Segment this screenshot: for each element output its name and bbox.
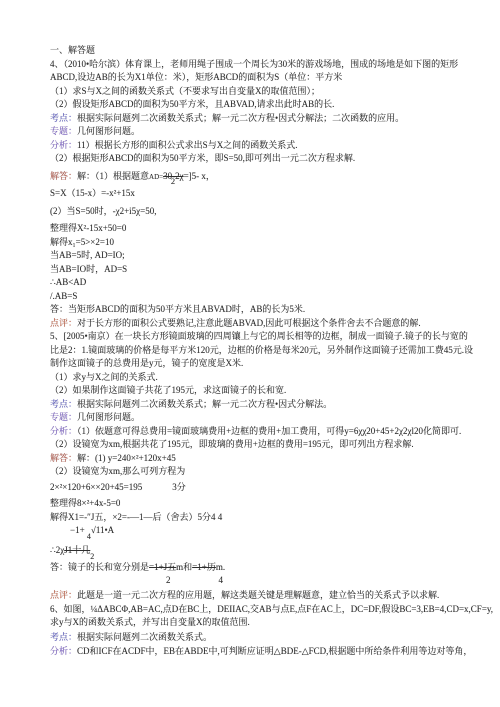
problem6-statement-1: 6、如图，¼ΔABCΦ,AB=AC,点D在BC上，DEIIAC,交AB与点E,点…	[50, 603, 452, 617]
problem5-solution-step: 解得X1=-″J五，×2=-—1—后（舍去）5分4 4	[50, 511, 452, 525]
text-segment: 整理得X²-15x+50=0	[50, 223, 126, 233]
text-segment: 11）根据长方形的面积公式求出S与X之间的函数关系式.	[77, 140, 297, 150]
dianping-label: 点评：	[50, 590, 77, 600]
text-segment: 答：镜子的长和宽分别是	[50, 562, 149, 572]
text-segment: 几何图形问题。	[77, 412, 140, 422]
text-segment: J1十几	[64, 545, 90, 555]
text-segment: 制作这面镜子的总费用是y元，镜子的宽度是X米.	[50, 358, 243, 368]
problem5-solution-step: 整理得8×²+4x-5=0	[50, 497, 452, 511]
text-segment: ABCD,设边AB的长为X1单位：米），矩形ABCD的面积为S（单位：平方米	[50, 72, 342, 82]
text-segment: 根据实际问题列二次函数关系式；解一元二次方程•因式分解法；二次函数的应用。	[77, 113, 404, 123]
problem4-zhuanti-line: 专题：几何图形问题。	[50, 125, 452, 139]
document-content: 一、解答题4、（2010•哈尔滨）体育课上，老师用绳子围成一个周长为30米的游戏…	[50, 44, 452, 658]
text-segment: ∴AB<AD	[50, 277, 86, 287]
text-segment: (2）当S=50时，-χ2+i5χ=50,	[50, 206, 156, 216]
text-segment: 4、（2010•哈尔滨）体育课上，老师用绳子围成一个周长为30米的游戏场地，围成…	[50, 59, 458, 69]
text-segment: √11•A	[91, 525, 114, 535]
problem5-dianping-line: 点评：此题是一道一元二次方程的应用题，解这类题关键是理解题意，建立恰当的关系式予…	[50, 589, 452, 603]
problem4-solution-step: (2）当S=50时，-χ2+i5χ=50,	[50, 205, 452, 219]
score-mark: 3分	[172, 482, 186, 492]
jieda-label: 解答：	[50, 171, 77, 181]
text-segment: 比是2：1.镜面玻璃的价格是每平方米120元，边框的价格是每米20元，另外制作这…	[50, 345, 473, 355]
fenxi-label: 分析：	[50, 140, 77, 150]
text-segment: （2）如果制作这面镜子共花了195元，求这面镜子的长和宽.	[50, 385, 286, 395]
problem5-formula-line: −1+ 4√11•A	[70, 524, 452, 538]
text-segment: 求y与X的函数关系式，并写出自变量X的取值范围.	[50, 617, 250, 627]
problem5-kaodian-line: 考点：根据实际问题列二次函数关系式；解一元二次方程•因式分解法。	[50, 398, 452, 412]
text-segment: =1+历	[192, 562, 216, 572]
fraction-denominator: 2	[90, 552, 94, 561]
text-segment: 2×²×120+6××20+45=195	[50, 482, 142, 492]
problem5-zhuanti-line: 专题：几何图形问题。	[50, 411, 452, 425]
text-segment: 一、解答题	[50, 45, 95, 55]
text-segment: =]5- x，	[184, 171, 215, 181]
dianping-label: 点评：	[50, 318, 77, 328]
text-segment: m和	[176, 562, 192, 572]
problem5-statement-3: 制作这面镜子的总费用是y元，镜子的宽度是X米.	[50, 357, 452, 371]
problem5-subquestion-1: （1）求y与X之间的关系式.	[50, 371, 452, 385]
text-segment: （2）设镜宽为xm,根据共花了195元，即玻璃的费用+边框的费用=195元，即可…	[50, 439, 414, 449]
text-segment: （1）求y与X之间的关系式.	[50, 372, 158, 382]
text-segment: −1+	[70, 525, 87, 535]
text-segment: CD和ICF在ACDF中，EB在ABDE中,可判断应证明△BDE-△FCD,根据…	[77, 646, 472, 656]
text-segment: 解：(1) y=240×²+120x+45	[77, 453, 176, 463]
text-segment: /.AB=S	[50, 291, 77, 301]
fenxi-label: 分析：	[50, 646, 77, 656]
problem5-statement-1: 5、[2005•南京）在一块长方形镜面玻璃的四周镶上与它的周长相等的边框，制成一…	[50, 330, 452, 344]
fenxi-label: 分析：	[50, 426, 77, 436]
problem4-jieda-line: 解答：解：（1）根据题意AD=30-2χ2=]5- x，	[50, 170, 452, 184]
text-segment: 根据实际问题列二次函数关系式；解一元二次方程•因式分解法。	[77, 399, 332, 409]
problem4-solution-step: ∴AB<AD	[50, 276, 452, 290]
text-segment: 对于长方形的面积公式要熟记,注意此题ABVAD,因此可根据这个条件舍去不合题意的…	[77, 318, 421, 328]
problem6-fenxi-line: 分析：CD和ICF在ACDF中，EB在ABDE中,可判断应证明△BDE-△FCD…	[50, 645, 452, 659]
kaodian-label: 考点：	[50, 399, 77, 409]
text-segment: 答：当矩形ABCD的面积为50平方米且ABVAD时，AB的长为5米.	[50, 304, 305, 314]
zhuanti-label: 专题：	[50, 126, 77, 136]
kaodian-label: 考点：	[50, 632, 77, 642]
fraction-denominator: 2	[171, 177, 175, 186]
problem4-solution-step: 解得x₁=5>×2=10	[50, 236, 452, 250]
text-segment: =1+J五	[149, 562, 176, 572]
fraction-denominator: 4	[219, 575, 224, 585]
text-segment: 6、如图，¼ΔABCΦ,AB=AC,点D在BC上，DEIIAC,交AB与点E,点…	[50, 604, 493, 614]
text-segment: 解：（1）根据题意	[77, 171, 149, 181]
problem4-fenxi-line-2: （2）根据矩形ABCD的面积为50平方米，即S=50,即可列出一元二次方程求解.	[50, 152, 452, 166]
problem4-statement-2: ABCD,设边AB的长为X1单位：米），矩形ABCD的面积为S（单位：平方米	[50, 71, 452, 85]
text-segment: （2）根据矩形ABCD的面积为50平方米，即S=50,即可列出一元二次方程求解.	[50, 153, 355, 163]
text-segment: 当AB=5时, AD=IO;	[50, 250, 125, 260]
text-segment: （2）设镜宽为xm,那么可列方程为	[50, 466, 185, 476]
section-heading: 一、解答题	[50, 44, 452, 58]
problem4-statement-1: 4、（2010•哈尔滨）体育课上，老师用绳子围成一个周长为30米的游戏场地，围成…	[50, 58, 452, 72]
text-segment: m.	[216, 562, 225, 572]
text-segment: （1）依题意可得总费用=镜面玻璃费用+边框的费用+加工费用，可得y=6χχ20+…	[77, 426, 461, 436]
problem4-solution-step: S=X（15-x）=-x²+15x	[50, 187, 452, 201]
document-page: 一、解答题4、（2010•哈尔滨）体育课上，老师用绳子围成一个周长为30米的游戏…	[0, 0, 500, 707]
jieda-label: 解答：	[50, 453, 77, 463]
text-segment: 几何图形问题。	[77, 126, 140, 136]
problem5-formula-line: ∴2χJ1十几2	[50, 544, 452, 558]
problem5-statement-2: 比是2：1.镜面玻璃的价格是每平方米120元，边框的价格是每米20元，另外制作这…	[50, 344, 452, 358]
problem5-fenxi-line-2: （2）设镜宽为xm,根据共花了195元，即玻璃的费用+边框的费用=195元，即可…	[50, 438, 452, 452]
problem4-solution-step: 当AB=IO时，AD=S	[50, 263, 452, 277]
problem4-subquestion-2: （2）假设矩形ABCD的面积为50平方米，且ABVAD,请求出此时AB的长.	[50, 98, 452, 112]
problem5-denominator-row: 24	[50, 574, 452, 588]
problem4-solution-step: 整理得X²-15x+50=0	[50, 222, 452, 236]
zhuanti-label: 专题：	[50, 412, 77, 422]
fraction-denominator: 2	[166, 575, 171, 585]
problem5-equation-line: 2×²×120+6××20+45=1953分	[50, 481, 452, 495]
text-segment: 整理得8×²+4x-5=0	[50, 498, 120, 508]
problem6-statement-2: 求y与X的函数关系式，并写出自变量X的取值范围.	[50, 616, 452, 630]
problem5-subquestion-2: （2）如果制作这面镜子共花了195元，求这面镜子的长和宽.	[50, 384, 452, 398]
text-segment: S=X（15-x）=-x²+15x	[50, 188, 135, 198]
text-segment: 解得x₁=5>×2=10	[50, 237, 114, 247]
text-segment: AD=	[149, 173, 163, 181]
text-segment: （1）求S与X之间的函数关系式（不要求写出自变量X的取值范围）；	[50, 86, 320, 96]
problem5-answer-line: 答：镜子的长和宽分别是=1+J五m和=1+历m.	[50, 561, 452, 575]
problem4-solution-step: 当AB=5时, AD=IO;	[50, 249, 452, 263]
problem4-subquestion-1: （1）求S与X之间的函数关系式（不要求写出自变量X的取值范围）；	[50, 85, 452, 99]
problem4-fenxi-line-1: 分析：11）根据长方形的面积公式求出S与X之间的函数关系式.	[50, 139, 452, 153]
text-segment: 根据实际问题列二次函数关系式。	[77, 632, 212, 642]
kaodian-label: 考点：	[50, 113, 77, 123]
problem4-kaodian-line: 考点：根据实际问题列二次函数关系式；解一元二次方程•因式分解法；二次函数的应用。	[50, 112, 452, 126]
problem4-solution-step: /.AB=S	[50, 290, 452, 304]
problem4-answer-line: 答：当矩形ABCD的面积为50平方米且ABVAD时，AB的长为5米.	[50, 303, 452, 317]
problem5-solution-step: （2）设镜宽为xm,那么可列方程为	[50, 465, 452, 479]
text-segment: 当AB=IO时，AD=S	[50, 264, 127, 274]
problem5-fenxi-line-1: 分析：（1）依题意可得总费用=镜面玻璃费用+边框的费用+加工费用，可得y=6χχ…	[50, 425, 452, 439]
text-segment: （2）假设矩形ABCD的面积为50平方米，且ABVAD,请求出此时AB的长.	[50, 99, 334, 109]
text-segment: 5、[2005•南京）在一块长方形镜面玻璃的四周镶上与它的周长相等的边框，制成一…	[50, 331, 468, 341]
problem4-dianping-line: 点评：对于长方形的面积公式要熟记,注意此题ABVAD,因此可根据这个条件舍去不合…	[50, 317, 452, 331]
text-segment: ∴2χ	[50, 545, 64, 555]
problem6-kaodian-line: 考点：根据实际问题列二次函数关系式。	[50, 631, 452, 645]
problem5-jieda-line: 解答：解：(1) y=240×²+120x+45	[50, 452, 452, 466]
text-segment: 此题是一道一元二次方程的应用题，解这类题关键是理解题意，建立恰当的关系式予以求解…	[77, 590, 439, 600]
text-segment: 解得X1=-″J五，×2=-—1—后（舍去）5分4 4	[50, 512, 222, 522]
fraction: 30-2χ2	[163, 170, 184, 184]
